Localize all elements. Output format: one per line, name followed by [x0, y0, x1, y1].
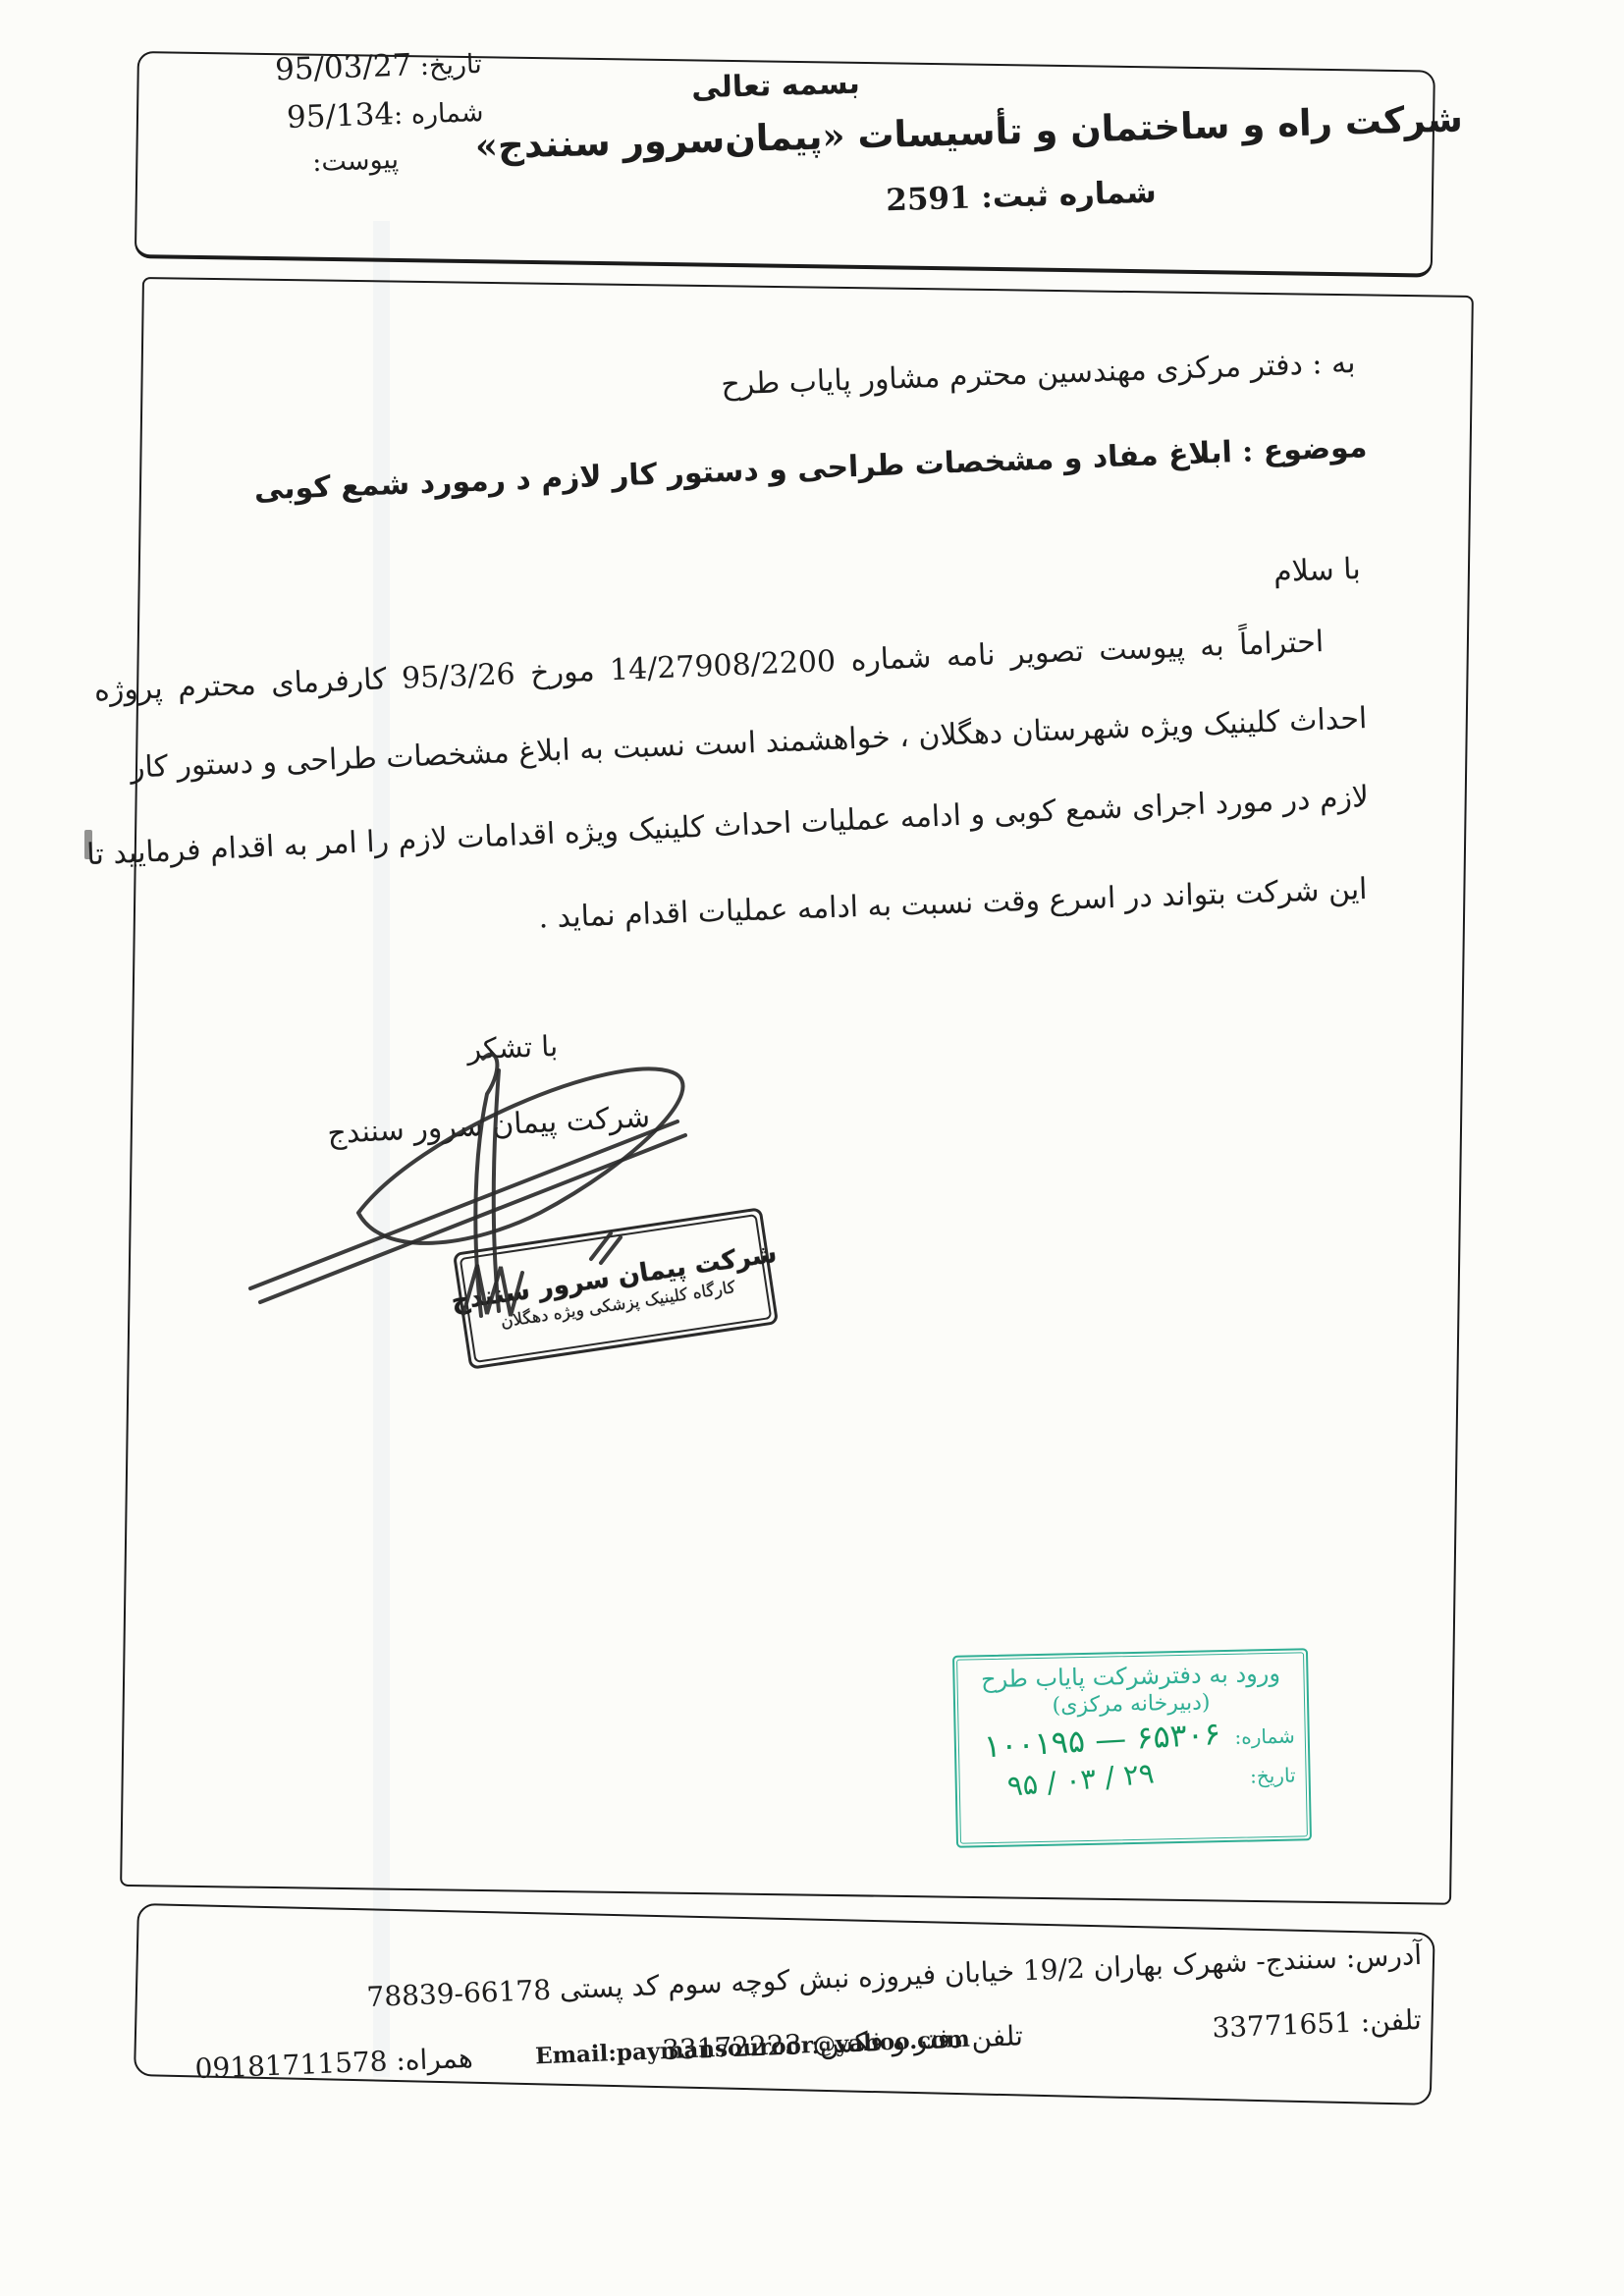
receipt-number-handwritten: ۱۰۰۱۹۵ — ۶۵۳۰۶ [983, 1715, 1221, 1765]
date-label: تاریخ: [419, 49, 482, 82]
receipt-stamp-title: ورود به دفترشرکت پایاب طرح [967, 1660, 1294, 1694]
receipt-stamp-frame: ورود به دفترشرکت پایاب طرح (دبیرخانه مرک… [956, 1652, 1308, 1843]
date-value: 95/03/27 [274, 47, 411, 87]
receipt-number-label: شماره: [1234, 1724, 1295, 1749]
header-meta-block: تاریخ: 95/03/27 شماره :95/134 پیوست: [187, 45, 486, 194]
salutation-line: با سلام [1273, 552, 1362, 589]
signature-scribble [236, 1031, 712, 1326]
receipt-stamp-subtitle: (دبیرخانه مرکزی) [968, 1689, 1294, 1721]
number-label: شماره : [394, 97, 484, 131]
attachment-label: پیوست: [312, 144, 400, 178]
receipt-number-row: شماره: ۱۰۰۱۹۵ — ۶۵۳۰۶ [968, 1718, 1295, 1762]
receipt-date-label: تاریخ: [1250, 1764, 1296, 1788]
receipt-stamp: ورود به دفترشرکت پایاب طرح (دبیرخانه مرک… [952, 1648, 1312, 1848]
number-value: 95/134 [286, 96, 394, 136]
header-number-row: شماره :95/134 [189, 93, 484, 138]
scanned-letter-page: تاریخ: 95/03/27 شماره :95/134 پیوست: بسم… [0, 0, 1624, 2296]
receipt-date-handwritten: ۹۵ / ۰۳ / ۲۹ [1005, 1756, 1155, 1802]
receipt-date-row: تاریخ: ۹۵ / ۰۳ / ۲۹ [969, 1759, 1296, 1799]
header-attachment-row: پیوست: [190, 144, 400, 182]
